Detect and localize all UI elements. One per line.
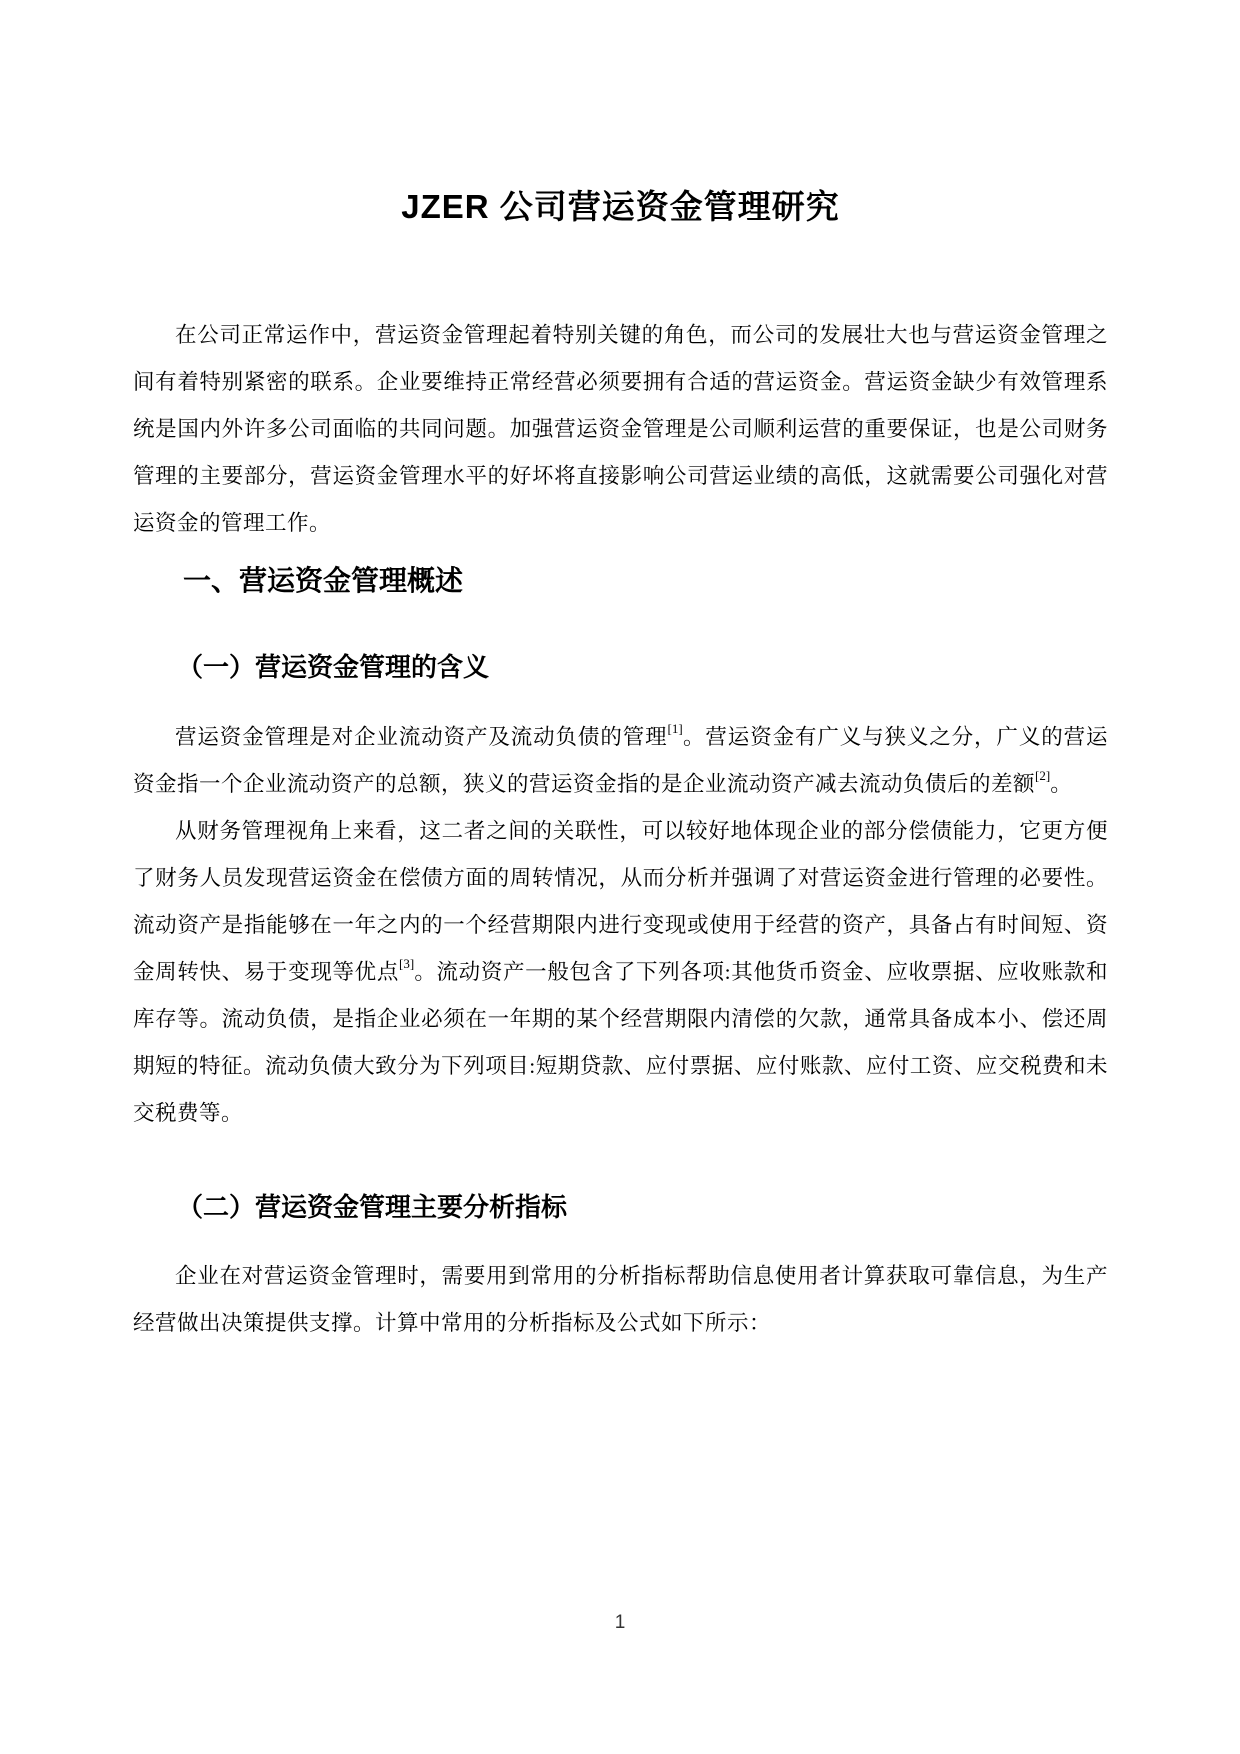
paragraph-definition: 营运资金管理是对企业流动资产及流动负债的管理[1]。营运资金有广义与狭义之分，广… xyxy=(133,714,1108,808)
section-heading-overview: 一、营运资金管理概述 xyxy=(133,561,1108,601)
paragraph-intro: 在公司正常运作中，营运资金管理起着特别关键的角色，而公司的发展壮大也与营运资金管… xyxy=(133,312,1108,547)
citation-marker-2: [2] xyxy=(1035,768,1050,783)
page-footer: 1 xyxy=(0,1612,1240,1642)
paragraph-indicators: 企业在对营运资金管理时，需要用到常用的分析指标帮助信息使用者计算获取可靠信息，为… xyxy=(133,1253,1108,1347)
citation-marker-1: [1] xyxy=(667,721,682,736)
citation-marker-3: [3] xyxy=(399,956,414,971)
subsection-heading-definition: （一）营运资金管理的含义 xyxy=(133,647,1108,687)
subsection-heading-indicators: （二）营运资金管理主要分析指标 xyxy=(133,1187,1108,1227)
text-run: 营运资金管理是对企业流动资产及流动负债的管理 xyxy=(175,725,667,749)
document-title: JZER 公司营运资金管理研究 xyxy=(133,186,1108,228)
paragraph-analysis: 从财务管理视角上来看，这二者之间的关联性，可以较好地体现企业的部分偿债能力，它更… xyxy=(133,808,1108,1137)
document-page: JZER 公司营运资金管理研究 在公司正常运作中，营运资金管理起着特别关键的角色… xyxy=(0,0,1240,1754)
text-run: 。流动资产一般包含了下列各项:其他货币资金、应收票据、应收账款和库存等。流动负债… xyxy=(133,960,1108,1125)
text-run: 。 xyxy=(1050,772,1072,796)
page-number: 1 xyxy=(615,1612,626,1633)
